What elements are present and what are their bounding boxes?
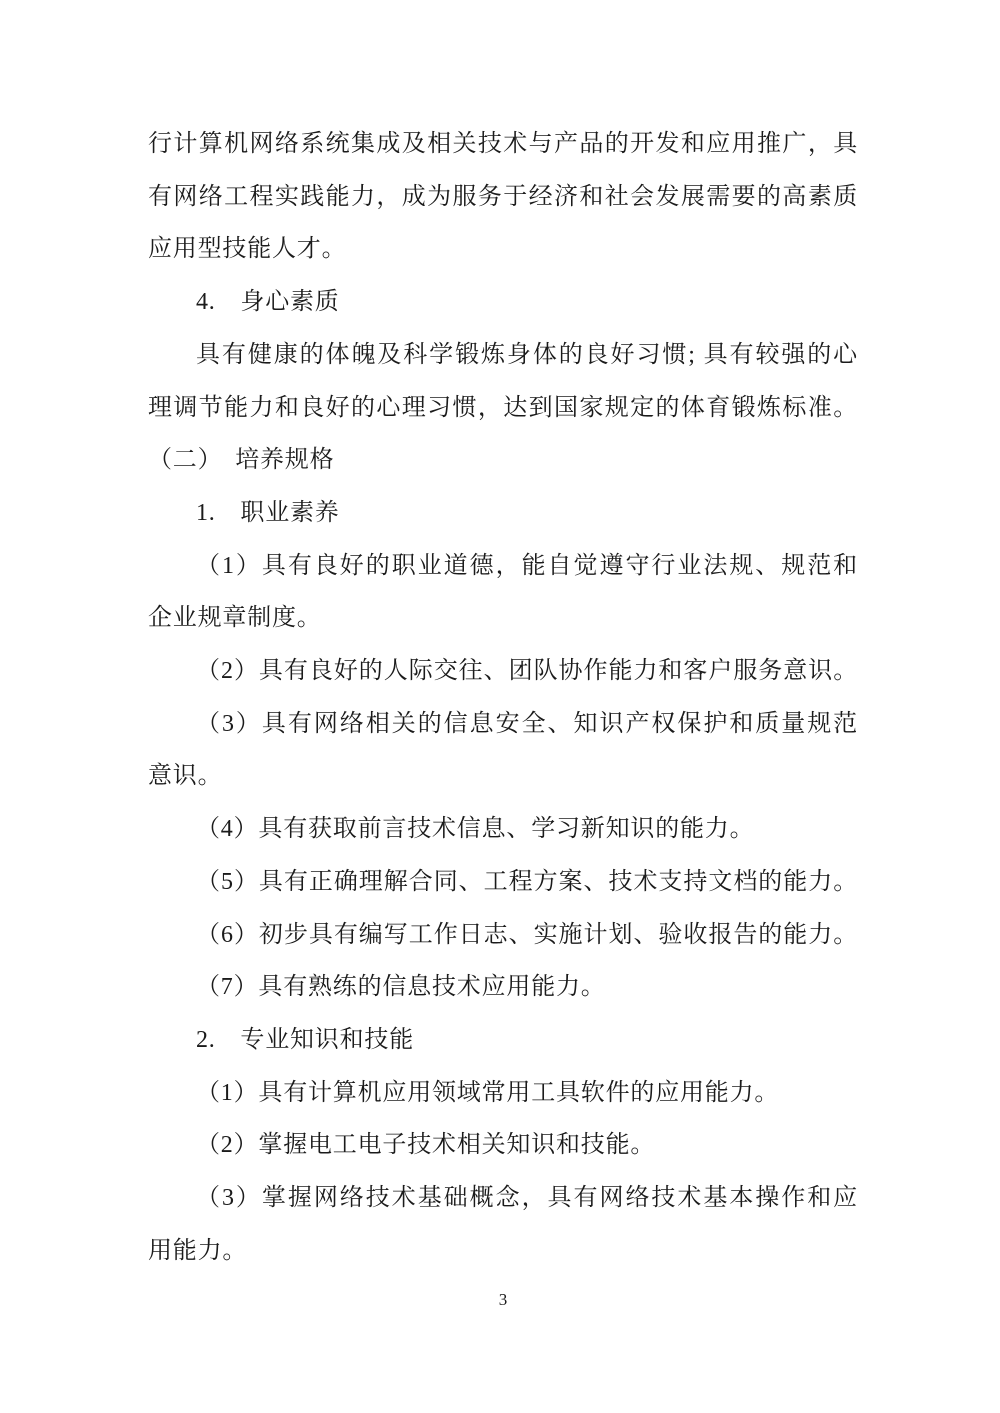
- text-line: 行计算机网络系统集成及相关技术与产品的开发和应用推广，具: [148, 118, 858, 171]
- subsection-heading-line: 1. 职业素养: [148, 487, 858, 540]
- text-line: 应用型技能人才。: [148, 223, 858, 276]
- list-item-line: （7）具有熟练的信息技术应用能力。: [148, 961, 858, 1014]
- text-line: 意识。: [148, 750, 858, 803]
- list-item-line: （3）具有网络相关的信息安全、知识产权保护和质量规范: [148, 698, 858, 751]
- list-item-line: （1）具有计算机应用领域常用工具软件的应用能力。: [148, 1067, 858, 1120]
- subsection-heading-line: 2. 专业知识和技能: [148, 1014, 858, 1067]
- text-line: 具有健康的体魄及科学锻炼身体的良好习惯; 具有较强的心: [148, 329, 858, 382]
- text-line: 理调节能力和良好的心理习惯，达到国家规定的体育锻炼标准。: [148, 382, 858, 435]
- list-item-line: （3）掌握网络技术基础概念，具有网络技术基本操作和应: [148, 1172, 858, 1225]
- section-heading-line: （二） 培养规格: [148, 434, 858, 487]
- list-item-line: （4）具有获取前言技术信息、学习新知识的能力。: [148, 803, 858, 856]
- list-item-line: （2）掌握电工电子技术相关知识和技能。: [148, 1119, 858, 1172]
- list-item-line: （1）具有良好的职业道德，能自觉遵守行业法规、规范和: [148, 540, 858, 593]
- document-body: 行计算机网络系统集成及相关技术与产品的开发和应用推广，具 有网络工程实践能力，成…: [148, 118, 858, 1277]
- page-number: 3: [148, 1289, 858, 1311]
- list-item-line: （2）具有良好的人际交往、团队协作能力和客户服务意识。: [148, 645, 858, 698]
- document-page: 行计算机网络系统集成及相关技术与产品的开发和应用推广，具 有网络工程实践能力，成…: [0, 0, 1000, 1413]
- text-line: 用能力。: [148, 1225, 858, 1278]
- list-item-line: （5）具有正确理解合同、工程方案、技术支持文档的能力。: [148, 856, 858, 909]
- text-line: 企业规章制度。: [148, 592, 858, 645]
- subsection-heading-line: 4. 身心素质: [148, 276, 858, 329]
- text-line: 有网络工程实践能力，成为服务于经济和社会发展需要的高素质: [148, 171, 858, 224]
- list-item-line: （6）初步具有编写工作日志、实施计划、验收报告的能力。: [148, 909, 858, 962]
